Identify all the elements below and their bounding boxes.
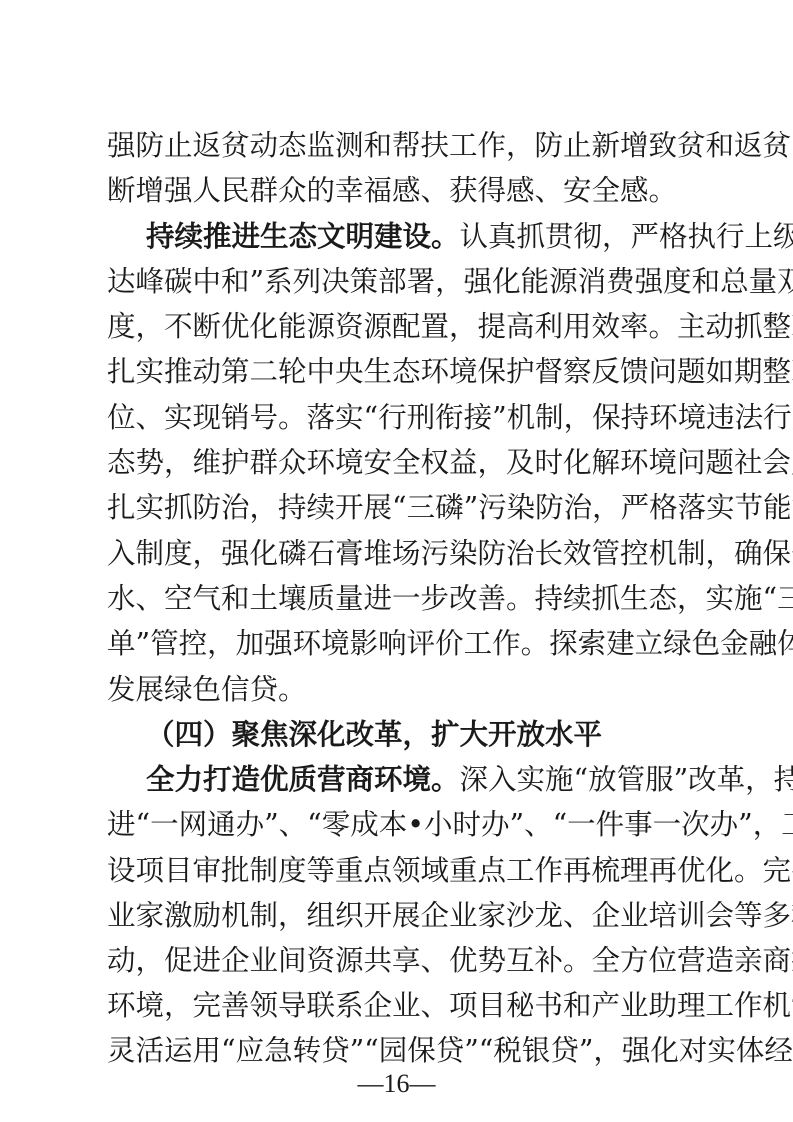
body-text-line: 设项目审批制度等重点领域重点工作再梳理再优化。完善企 [107,848,691,893]
body-text-line: 水、空气和土壤质量进一步改善。持续抓生态，实施“三线一 [107,576,691,621]
body-text-line: 扎实抓防治，持续开展“三磷”污染防治，严格落实节能审查准 [107,485,691,530]
paragraph-bold-lead: 全力打造优质营商环境。 [146,763,460,796]
body-text-line: 入制度，强化磷石膏堆场污染防治长效管控机制，确保全市 [107,531,691,576]
body-text-line: 发展绿色信贷。 [107,667,691,712]
body-text-line: 环境，完善领导联系企业、项目秘书和产业助理工作机制； [107,983,691,1028]
body-text-line: 断增强人民群众的幸福感、获得感、安全感。 [107,168,691,213]
section-heading: （四）聚焦深化改革，扩大开放水平 [146,712,691,757]
paragraph-text: 认真抓贯彻，严格执行上级“碳 [460,220,793,253]
body-text-line: 度，不断优化能源资源配置，提高利用效率。主动抓整改， [107,304,691,349]
body-text-line: 扎实推动第二轮中央生态环境保护督察反馈问题如期整改到 [107,349,691,394]
body-text-line: 单”管控，加强环境影响评价工作。探索建立绿色金融体系， [107,621,691,666]
body-text-line: 态势，维护群众环境安全权益，及时化解环境问题社会风险。 [107,440,691,485]
paragraph-lead-line: 持续推进生态文明建设。认真抓贯彻，严格执行上级“碳 [146,214,691,259]
body-text-line: 动，促进企业间资源共享、优势互补。全方位营造亲商投资 [107,938,691,983]
body-text-line: 位、实现销号。落实“行刑衔接”机制，保持环境违法行为严打 [107,395,691,440]
body-text-line: 达峰碳中和”系列决策部署，强化能源消费强度和总量双控制 [107,259,691,304]
document-page: 强防止返贫动态监测和帮扶工作，防止新增致贫和返贫，不 断增强人民群众的幸福感、获… [0,0,793,1122]
body-text-line: 进“一网通办”、“零成本•小时办”、“一件事一次办”，工程建 [107,802,691,847]
body-text-line: 业家激励机制，组织开展企业家沙龙、企业培训会等多种活 [107,893,691,938]
paragraph-bold-lead: 持续推进生态文明建设。 [146,220,460,253]
body-text-line: 强防止返贫动态监测和帮扶工作，防止新增致贫和返贫，不 [107,123,691,168]
page-number: —16— [0,1066,793,1102]
paragraph-text: 深入实施“放管服”改革，持续推 [460,763,793,796]
paragraph-lead-line: 全力打造优质营商环境。深入实施“放管服”改革，持续推 [146,757,691,802]
